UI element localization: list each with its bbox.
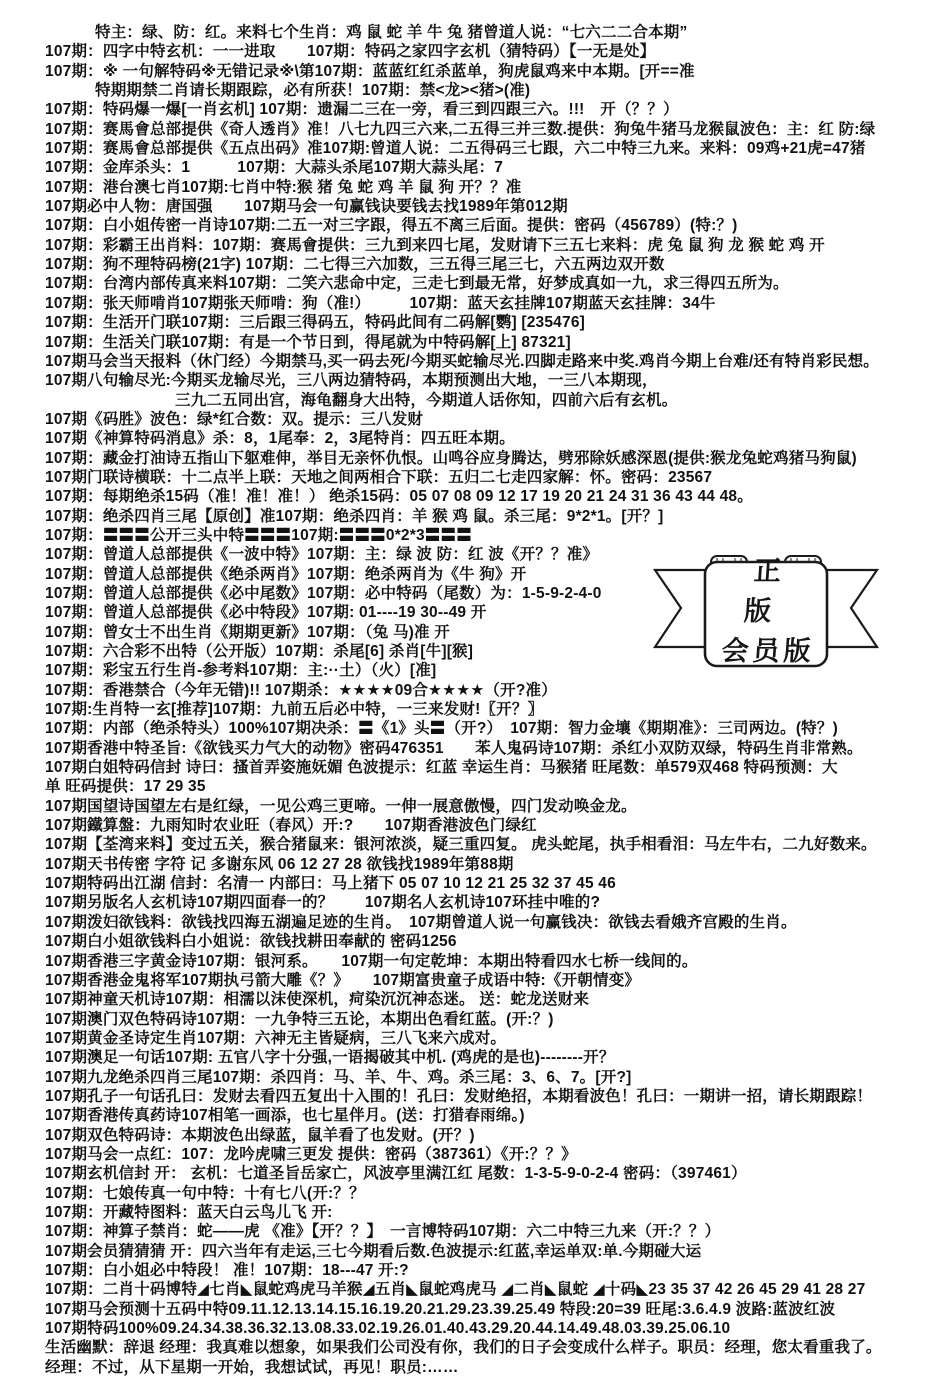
text-line: 107期：四字中特玄机：一一进取 107期：特码之家四字玄机（猜特码）【一无是处… [0,42,947,61]
banner-title-huiyuanban: 会员版 [706,632,827,672]
text-line: 107期：彩霸王出肖料：107期：赛馬會提供：三九到来四七尾，发财请下三五七来料… [0,236,947,255]
text-line: 107期马会预测十五码中特09.11.12.13.14.15.16.19.20.… [0,1300,947,1319]
text-line: 107期：二肖十码博特◢七肖◣鼠蛇鸡虎马羊猴◢五肖◣鼠蛇鸡虎马 ◢二肖◣鼠蛇 ◢… [0,1280,947,1299]
banner-text: 正 版 会员版 [707,560,825,664]
text-line: 107期马会一点红：107：龙吟虎啸三更发 提供：密码（387361）《开:？？… [0,1145,947,1164]
text-line: 107期：赛馬會总部提供《五点出码》准107期:曾道人说：二五得码三七跟，六二中… [0,139,947,158]
text-line: 107期香港三字黄金诗107期：银河系。 107期一句定乾坤：本期出特看四水七桥… [0,952,947,971]
text-line: 107期：※ 一句解特码※无错记录※\第107期：蓝蓝红红杀蓝单，狗虎鼠鸡来中本… [0,62,947,81]
text-line: 107期澳门双色特码诗107期：一九争特三五论，本期出色看红蓝。(开:？) [0,1010,947,1029]
text-line: 107期玄机信封 开： 玄机：七道圣旨岳家亡，风波亭里满江红 尾数：1-3-5-… [0,1164,947,1183]
text-line: 特期期禁二肖请长期跟踪，必有所获！107期：禁<龙><猪>(准) [0,81,947,100]
text-line: 107期：赛馬會总部提供《奇人透肖》准！八七九四三六来,二五得三并三数.提供：狗… [0,120,947,139]
text-line: 107期：台湾内部传真来料107期：二笑六悲命中定，三走七到最无常，好梦成真如一… [0,274,947,293]
text-line: 107期澳足一句话107期: 五官八字十分强,一语揭破其中机. (鸡虎的是也)-… [0,1048,947,1067]
text-line: 107期必中人物：唐国强 107期马会一句赢钱诀要钱去找1989年第012期 [0,197,947,216]
text-line: 特主：绿、防：红。来料七个生肖：鸡 鼠 蛇 羊 牛 兔 猪曾道人说：“七六二二合… [0,23,947,42]
text-line: 107期：〓〓〓公开三头中特〓〓〓107期:〓〓〓0*2*3〓〓〓 [0,526,947,545]
text-line: 107期：白小姐传密一肖诗107期:二五一对三字跟，得五不离三后面。提供：密码（… [0,216,947,235]
text-line: 107期：金库杀头：1 107期：大蒜头杀尾107期大蒜头尾：7 [0,158,947,177]
text-line: 107期香港传真药诗107相笔一画添，也七星伴月。(送：打猎春雨绵。) [0,1106,947,1125]
text-line: 107期双色特码诗：本期波色出绿蓝，鼠羊看了也发财。(开？) [0,1126,947,1145]
text-line: 107期《码胜》波色：绿*红合数：双。提示：三八发财 [0,410,947,429]
text-line: 107期：特码爆一爆[一肖玄机] 107期：遗漏二三在一旁，看三到四跟三六。!!… [0,100,947,119]
text-line: 107期白小姐欲钱料白小姐说：欲钱找耕田奉献的 密码1256 [0,932,947,951]
text-line: 三九二五同出宫，海龟翻身大出特，今期道人话你知，四前六后有玄机。 [0,391,947,410]
text-line: 107期：狗不理特码榜(21字) 107期：二七得三六加数，三五得三尾三七，六五… [0,255,947,274]
text-line: 107期：香港禁合（今年无错)!! 107期杀：★★★★09合★★★★（开?准） [0,681,947,700]
text-line: 107期：七娘传真一句中特：十有七八(开:？？ [0,1184,947,1203]
text-line: 107期神童天机诗107期：相濡以沫使深机，疴染沉沉神态迷。 送：蛇龙送财来 [0,990,947,1009]
text-line: 107期另版名人玄机诗107期四面春一的？ 107期名人玄机诗107环挂中唯的? [0,893,947,912]
text-line: 107期：神算子禁肖：蛇——虎 《准》【开？？】 一言博特码107期：六二中特三… [0,1222,947,1241]
text-line: 107期天书传密 字符 记 多谢东风 06 12 27 28 欲钱找1989年第… [0,855,947,874]
text-line: 107期马会当天报料（休门经）今期禁马,买一码去死/今期买蛇输尽光.四脚走路来中… [0,352,947,371]
text-line: 107期特码出江湖 信封：名清一 内部曰：马上猪下 05 07 10 12 21… [0,874,947,893]
text-line: 107期门联诗横联：十二点半上联：天地之间两相合下联：五归二七走四家解：怀。密码… [0,468,947,487]
text-line: 107期:生肖特一玄[推荐]107期：九前五后必中特，一三来发财!〖开？〗 [0,700,947,719]
text-line: 107期九龙绝杀四肖三尾107期：杀四肖：马、羊、牛、鸡。杀三尾：3、6、7。[… [0,1068,947,1087]
text-line: 107期：开藏特图料：蓝天白云鸟儿飞 开: [0,1203,947,1222]
text-line: 107期特码100%09.24.34.38.36.32.13.08.33.02.… [0,1319,947,1338]
text-line: 107期：白小姐必中特段！ 准！107期：18---47 开:? [0,1261,947,1280]
text-line: 107期国望诗国望左右是红绿，一见公鸡三更啼。一伸一展意傲慢，四门发动唤金龙。 [0,797,947,816]
text-line: 107期香港中特圣旨:《欲钱买力气大的动物》密码476351 苯人鬼码诗107期… [0,739,947,758]
document-lines: 特主：绿、防：红。来料七个生肖：鸡 鼠 蛇 羊 牛 兔 猪曾道人说：“七六二二合… [0,23,947,1377]
text-line: 107期会员猜猜猜 开：四六当年有走运,三七今期看后数.色波提示:红蓝,幸运单双… [0,1242,947,1261]
banner-title-zhengban: 正 版 [704,552,828,632]
text-line: 107期【荃湾来料】变过五关，猴合猪鼠来：银河浓淡，疑三重四复。 虎头蛇尾，执手… [0,835,947,854]
text-line: 107期泼妇欲钱料：欲钱找四海五湖遍足迹的生肖。 107期曾道人说一句赢钱决：欲… [0,913,947,932]
text-line: 107期《神算特码消息》杀：8，1尾奉：2，3尾特肖：四五旺本期。 [0,429,947,448]
text-line: 107期孔子一句话孔曰：发财去看四五复出十入围的！孔曰：发财绝招，本期看波色！孔… [0,1087,947,1106]
text-line: 107期八句输尽光:今期买龙输尽光，三八两边猜特码，本期预测出大地，一三八本期现… [0,371,947,390]
text-line: 107期：绝杀四肖三尾【原创】准107期：绝杀四肖：羊 猴 鸡 鼠。杀三尾：9*… [0,507,947,526]
text-line: 107期：藏金打油诗五指山下躯难伸，举目无亲怀仇恨。山鸣谷应身腾达，劈邪除妖感深… [0,449,947,468]
text-line: 生活幽默：辞退 经理：我真难以想象，如果我们公司没有你，我们的日子会变成什么样子… [0,1338,947,1357]
text-line: 单 旺码提供：17 29 35 [0,777,947,796]
text-line: 107期鐵算盤：九雨知时农业旺（春风）开:? 107期香港波色门绿红 [0,816,947,835]
text-line: 107期：生活开门联107期：三后跟三得码五，特码此间有二码解[鹦] [2354… [0,313,947,332]
text-line: 107期香港金鬼将军107期执弓箭大雕《？》 107期富贵童子成语中特:《开朝情… [0,971,947,990]
text-line: 107期白姐特码信封 诗曰：搔首弄姿施妩媚 色波提示：红蓝 幸运生肖：马猴猪 旺… [0,758,947,777]
text-line: 经理：不过，从下星期一开始，我想试试，再见！职员:…… [0,1358,947,1377]
text-line: 107期：内部（绝杀特头）100%107期决杀：〓《1》头〓（开?） 107期：… [0,719,947,738]
tip-sheet-document: 特主：绿、防：红。来料七个生肖：鸡 鼠 蛇 羊 牛 兔 猪曾道人说：“七六二二合… [0,0,947,1388]
text-line: 107期：生活关门联107期：有是一个节日到，得尾就为中特码解[上] 87321… [0,333,947,352]
text-line: 107期：张天师啃肖107期张天师啃：狗（准!） 107期：蓝天玄挂牌107期蓝… [0,294,947,313]
text-line: 107期：港台澳七肖107期:七肖中特:猴 猪 兔 蛇 鸡 羊 鼠 狗 开？？准 [0,178,947,197]
text-line: 107期黄金圣诗定生肖107期：六神无主皆疑病，三八飞来六成对。 [0,1029,947,1048]
membership-ribbon-banner: 正 版 会员版 [645,550,887,672]
text-line: 107期：每期绝杀15码（准！准！准！） 绝杀15码：05 07 08 09 1… [0,487,947,506]
